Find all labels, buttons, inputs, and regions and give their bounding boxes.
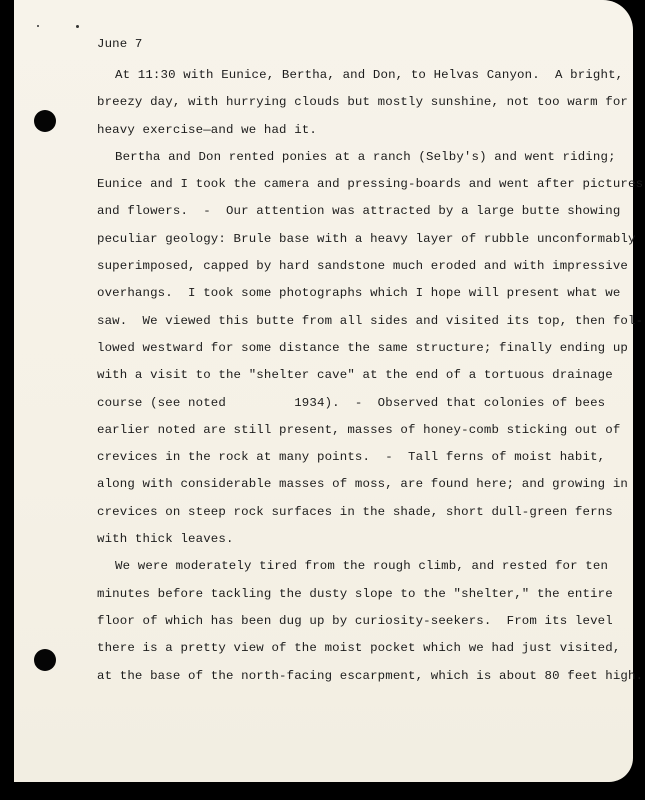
paper-speck bbox=[37, 25, 39, 27]
paragraph-1: At 11:30 with Eunice, Bertha, and Don, t… bbox=[97, 62, 627, 144]
text-line: heavy exercise—and we had it. bbox=[97, 117, 627, 144]
typed-page: June 7 At 11:30 with Eunice, Bertha, and… bbox=[14, 0, 633, 782]
text-line: Eunice and I took the camera and pressin… bbox=[97, 171, 627, 198]
text-line: earlier noted are still present, masses … bbox=[97, 417, 627, 444]
text-line: At 11:30 with Eunice, Bertha, and Don, t… bbox=[97, 62, 627, 89]
text-line: with a visit to the "shelter cave" at th… bbox=[97, 362, 627, 389]
text-line: crevices in the rock at many points. - T… bbox=[97, 444, 627, 471]
text-line: course (see noted 1934). - Observed that… bbox=[97, 390, 627, 417]
text-line: saw. We viewed this butte from all sides… bbox=[97, 308, 627, 335]
paper-speck bbox=[76, 25, 79, 28]
text-line: and flowers. - Our attention was attract… bbox=[97, 198, 627, 225]
text-line: minutes before tackling the dusty slope … bbox=[97, 581, 627, 608]
document-body: June 7 At 11:30 with Eunice, Bertha, and… bbox=[97, 34, 627, 690]
text-line: along with considerable masses of moss, … bbox=[97, 471, 627, 498]
text-line: Bertha and Don rented ponies at a ranch … bbox=[97, 144, 627, 171]
text-line: breezy day, with hurrying clouds but mos… bbox=[97, 89, 627, 116]
punch-hole-bottom bbox=[34, 649, 56, 671]
paragraph-3: We were moderately tired from the rough … bbox=[97, 553, 627, 689]
paragraph-2: Bertha and Don rented ponies at a ranch … bbox=[97, 144, 627, 553]
text-line: floor of which has been dug up by curios… bbox=[97, 608, 627, 635]
text-line: peculiar geology: Brule base with a heav… bbox=[97, 226, 627, 253]
text-line: crevices on steep rock surfaces in the s… bbox=[97, 499, 627, 526]
text-line: lowed westward for some distance the sam… bbox=[97, 335, 627, 362]
text-line: We were moderately tired from the rough … bbox=[97, 553, 627, 580]
text-line: superimposed, capped by hard sandstone m… bbox=[97, 253, 627, 280]
text-line: with thick leaves. bbox=[97, 526, 627, 553]
punch-hole-top bbox=[34, 110, 56, 132]
entry-date: June 7 bbox=[97, 34, 627, 62]
text-line: overhangs. I took some photographs which… bbox=[97, 280, 627, 307]
text-line: at the base of the north-facing escarpme… bbox=[97, 663, 627, 690]
text-line: there is a pretty view of the moist pock… bbox=[97, 635, 627, 662]
